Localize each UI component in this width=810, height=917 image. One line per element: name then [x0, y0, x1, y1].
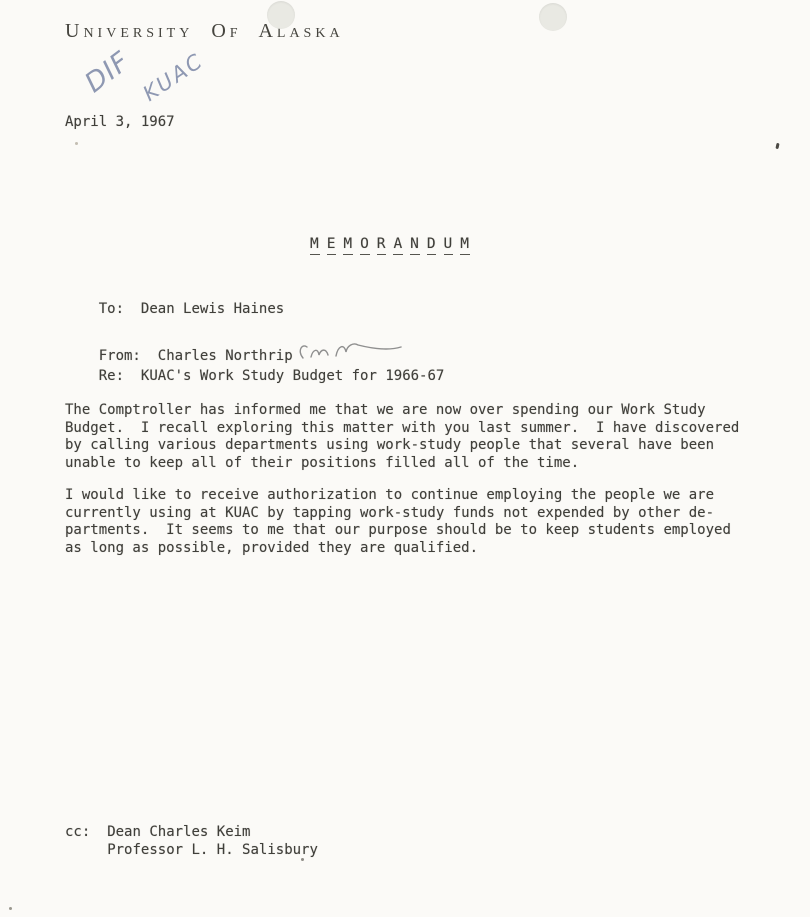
punch-hole-left — [267, 1, 295, 29]
re-label: Re: — [99, 368, 124, 386]
body-paragraph-2: I would like to receive authorization to… — [65, 487, 731, 558]
ink-speck — [9, 907, 12, 910]
memo-title-letter: A — [393, 236, 403, 255]
memo-title-letter: M — [460, 236, 470, 255]
ink-speck — [775, 143, 779, 149]
memo-title-letter: O — [360, 236, 370, 255]
memo-title-letter: R — [377, 236, 387, 255]
memo-title-letter: D — [427, 236, 437, 255]
annotation-word-kuac: KUAC — [139, 48, 209, 106]
annotation-word-dif: DIF — [79, 46, 135, 99]
letterhead-text: University Of Alaska — [65, 20, 344, 43]
ink-speck — [301, 858, 304, 861]
memo-title-letter: U — [444, 236, 454, 255]
memo-title-letter: M — [343, 236, 353, 255]
to-value: Dean Lewis Haines — [141, 301, 284, 317]
memo-title: MEMORANDUM — [310, 233, 477, 255]
re-row: Re:KUAC's Work Study Budget for 1966-67 — [65, 350, 444, 403]
ink-speck — [75, 142, 78, 145]
punch-hole-right — [539, 3, 567, 31]
memo-title-letter: E — [327, 236, 337, 255]
memo-title-letter: N — [410, 236, 420, 255]
date-text: April 3, 1967 — [65, 114, 175, 132]
memo-page: University Of Alaska DIF KUAC April 3, 1… — [0, 0, 810, 917]
cc-names: Dean Charles Keim Professor L. H. Salisb… — [107, 824, 318, 859]
re-value: KUAC's Work Study Budget for 1966-67 — [141, 368, 444, 384]
cc-label: cc: — [65, 824, 90, 859]
cc-row: cc: Dean Charles Keim Professor L. H. Sa… — [65, 824, 318, 859]
memo-title-letter: M — [310, 236, 320, 255]
body-paragraph-1: The Comptroller has informed me that we … — [65, 402, 739, 473]
